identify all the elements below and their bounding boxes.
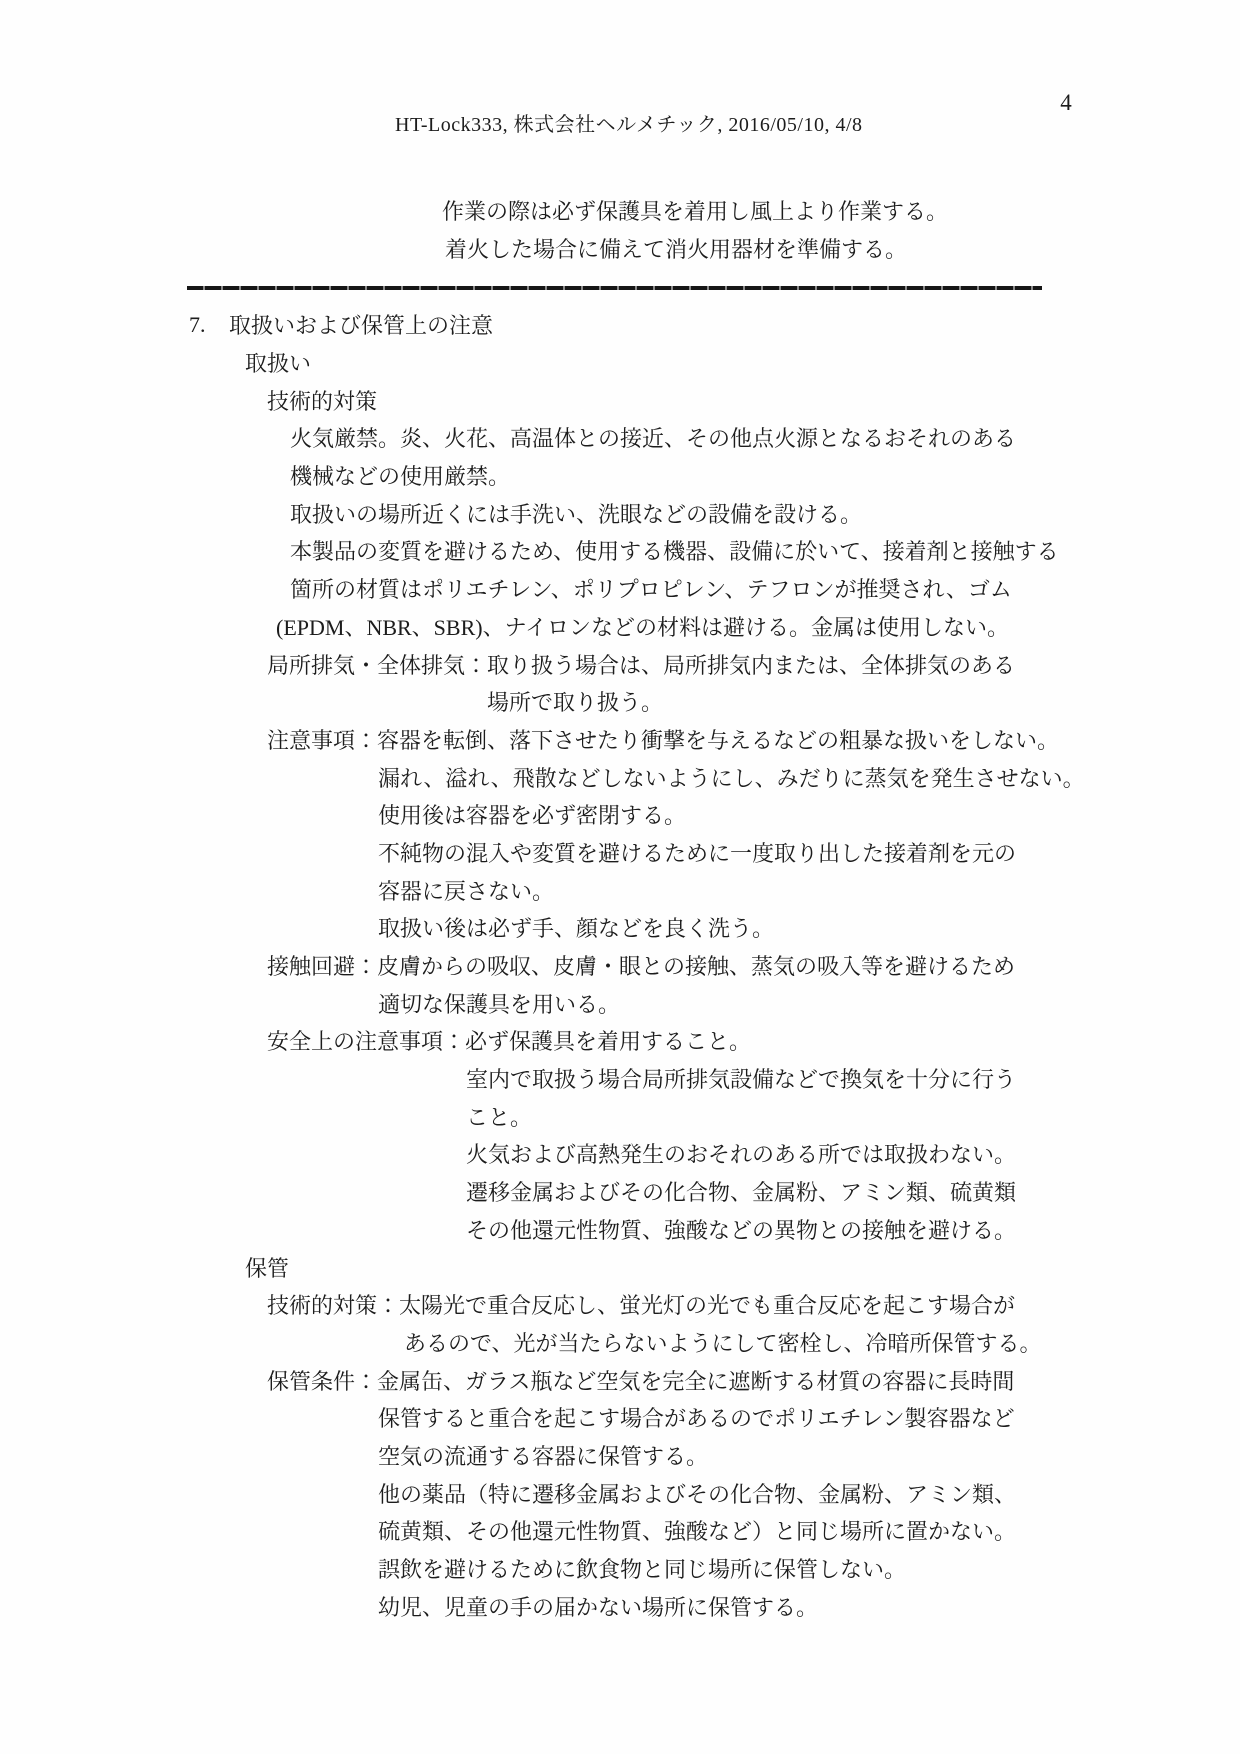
doc-line: 容器に戻さない。	[0, 871, 1240, 909]
doc-line: 取扱い	[0, 344, 1240, 382]
doc-line: 火気厳禁。炎、火花、高温体との接近、その他点火源となるおそれのある	[0, 419, 1240, 457]
section-divider-rule	[187, 286, 1042, 290]
section-7-body: 7. 取扱いおよび保管上の注意 取扱い 技術的対策 火気厳禁。炎、火花、高温体と…	[0, 306, 1240, 1625]
section-number: 7.	[189, 312, 229, 338]
doc-line: 空気の流通する容器に保管する。	[0, 1437, 1240, 1475]
sds-document-page: 4 HT-Lock333, 株式会社ヘルメチック, 2016/05/10, 4/…	[0, 0, 1240, 1754]
page-number: 4	[1046, 88, 1086, 118]
doc-line: 使用後は容器を必ず密閉する。	[0, 796, 1240, 834]
section-heading: 7. 取扱いおよび保管上の注意	[0, 306, 1240, 344]
doc-line: 注意事項：容器を転倒、落下させたり衝撃を与えるなどの粗暴な扱いをしない。	[0, 721, 1240, 759]
doc-line: 他の薬品（特に遷移金属およびその化合物、金属粉、アミン類、	[0, 1474, 1240, 1512]
doc-line: 取扱いの場所近くには手洗い、洗眼などの設備を設ける。	[0, 494, 1240, 532]
doc-line: 硫黄類、その他還元性物質、強酸など）と同じ場所に置かない。	[0, 1512, 1240, 1550]
doc-line: 漏れ、溢れ、飛散などしないようにし、みだりに蒸気を発生させない。	[0, 758, 1240, 796]
doc-line: 保管条件：金属缶、ガラス瓶など空気を完全に遮断する材質の容器に長時間	[0, 1361, 1240, 1399]
doc-line: 機械などの使用厳禁。	[0, 457, 1240, 495]
doc-line: その他還元性物質、強酸などの異物との接触を避ける。	[0, 1211, 1240, 1249]
precaution-line: 着火した場合に備えて消火用器材を準備する。	[445, 231, 907, 269]
doc-line: 誤飲を避けるために飲食物と同じ場所に保管しない。	[0, 1550, 1240, 1588]
doc-line: 取扱い後は必ず手、顔などを良く洗う。	[0, 909, 1240, 947]
doc-line: 遷移金属およびその化合物、金属粉、アミン類、硫黄類	[0, 1173, 1240, 1211]
doc-line: 不純物の混入や変質を避けるために一度取り出した接着剤を元の	[0, 834, 1240, 872]
doc-line: 技術的対策：太陽光で重合反応し、蛍光灯の光でも重合反応を起こす場合が	[0, 1286, 1240, 1324]
doc-line: (EPDM、NBR、SBR)、ナイロンなどの材料は避ける。金属は使用しない。	[0, 608, 1240, 646]
doc-line: 室内で取扱う場合局所排気設備などで換気を十分に行う	[0, 1060, 1240, 1098]
doc-line: 火気および高熱発生のおそれのある所では取扱わない。	[0, 1135, 1240, 1173]
doc-line: 保管	[0, 1248, 1240, 1286]
doc-line: 局所排気・全体排気：取り扱う場合は、局所排気内または、全体排気のある	[0, 645, 1240, 683]
doc-line: こと。	[0, 1097, 1240, 1135]
doc-line: あるので、光が当たらないようにして密栓し、冷暗所保管する。	[0, 1324, 1240, 1362]
running-header: HT-Lock333, 株式会社ヘルメチック, 2016/05/10, 4/8	[395, 110, 863, 140]
doc-line: 場所で取り扱う。	[0, 683, 1240, 721]
doc-line: 保管すると重合を起こす場合があるのでポリエチレン製容器など	[0, 1399, 1240, 1437]
section-title: 取扱いおよび保管上の注意	[229, 309, 493, 340]
doc-line: 幼児、児童の手の届かない場所に保管する。	[0, 1587, 1240, 1625]
doc-line: 本製品の変質を避けるため、使用する機器、設備に於いて、接着剤と接触する	[0, 532, 1240, 570]
doc-line: 適切な保護具を用いる。	[0, 984, 1240, 1022]
doc-line: 安全上の注意事項：必ず保護具を着用すること。	[0, 1022, 1240, 1060]
doc-line: 接触回避：皮膚からの吸収、皮膚・眼との接触、蒸気の吸入等を避けるため	[0, 947, 1240, 985]
doc-line: 技術的対策	[0, 381, 1240, 419]
precaution-line: 作業の際は必ず保護具を着用し風上より作業する。	[442, 193, 948, 231]
doc-line: 箇所の材質はポリエチレン、ポリプロピレン、テフロンが推奨され、ゴム	[0, 570, 1240, 608]
